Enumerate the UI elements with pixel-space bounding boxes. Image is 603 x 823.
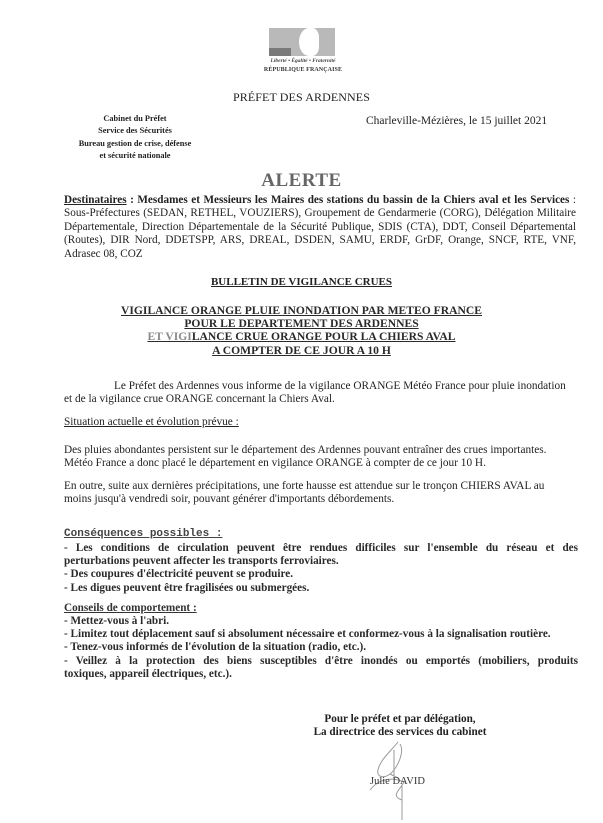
republic-motto: Liberté • Égalité • Fraternité — [263, 58, 343, 64]
list-item-continuation: perturbations peuvent affecter les trans… — [64, 555, 578, 568]
list-item: - Les digues peuvent être fragilisées ou… — [64, 582, 578, 595]
marianne-logo-icon: Liberté • Égalité • Fraternité RÉPUBLIQU… — [263, 28, 343, 84]
recipients-label: Destinataires — [64, 194, 127, 206]
vigilance-heading: VIGILANCE ORANGE PLUIE INONDATION PAR ME… — [0, 304, 603, 357]
signer-name: Julie DAVID — [370, 776, 425, 787]
list-item: - Tenez-vous informés de l'évolution de … — [64, 641, 578, 654]
recipients-lead: Mesdames et Messieurs les Maires des sta… — [137, 194, 526, 206]
marianne-emblem — [269, 28, 335, 56]
document-title: ALERTE — [0, 170, 603, 192]
consequences-title: Conséquences possibles : — [64, 528, 222, 540]
vigilance-line: A COMPTER DE CE JOUR A 10 H — [0, 344, 603, 357]
vigilance-line: VIGILANCE ORANGE PLUIE INONDATION PAR ME… — [0, 304, 603, 317]
service-line: Bureau gestion de crise, défense — [60, 138, 210, 150]
intro-paragraph: Le Préfet des Ardennes vous informe de l… — [64, 380, 584, 407]
republic-name: RÉPUBLIQUE FRANÇAISE — [263, 67, 343, 73]
bulletin-title: BULLETIN DE VIGILANCE CRUES — [0, 276, 603, 288]
list-item-continuation: toxiques, appareil électriques, etc.). — [64, 668, 578, 681]
situation-paragraph: En outre, suite aux dernières précipitat… — [64, 480, 584, 507]
list-item: - Veillez à la protection des biens susc… — [64, 655, 578, 668]
list-item: - Limitez tout déplacement sauf si absol… — [64, 628, 578, 641]
advice-list: - Mettez-vous à l'abri. - Limitez tout d… — [64, 615, 578, 681]
list-item: - Mettez-vous à l'abri. — [64, 615, 578, 628]
services-label: Services — [530, 194, 569, 206]
situation-paragraph: Des pluies abondantes persistent sur le … — [64, 444, 584, 471]
situation-title: Situation actuelle et évolution prévue : — [64, 416, 239, 428]
authority-name: PRÉFET DES ARDENNES — [0, 90, 603, 105]
signature-block: Pour le préfet et par délégation, La dir… — [300, 713, 500, 740]
advice-title: Conseils de comportement : — [64, 602, 197, 614]
consequences-list: - Les conditions de circulation peuvent … — [64, 542, 578, 595]
vigilance-line: POUR LE DEPARTEMENT DES ARDENNES — [0, 317, 603, 330]
service-line: Cabinet du Préfet — [60, 113, 210, 125]
list-item: - Des coupures d'électricité peuvent se … — [64, 568, 578, 581]
service-line: et sécurité nationale — [60, 150, 210, 162]
service-block: Cabinet du Préfet Service des Sécurités … — [60, 113, 210, 163]
service-line: Service des Sécurités — [60, 125, 210, 137]
recipients-block: Destinataires : Mesdames et Messieurs le… — [64, 194, 576, 261]
vigilance-line: ET VIGILANCE CRUE ORANGE POUR LA CHIERS … — [0, 330, 603, 343]
place-date: Charleville-Mézières, le 15 juillet 2021 — [366, 115, 547, 127]
list-item: - Les conditions de circulation peuvent … — [64, 542, 578, 555]
